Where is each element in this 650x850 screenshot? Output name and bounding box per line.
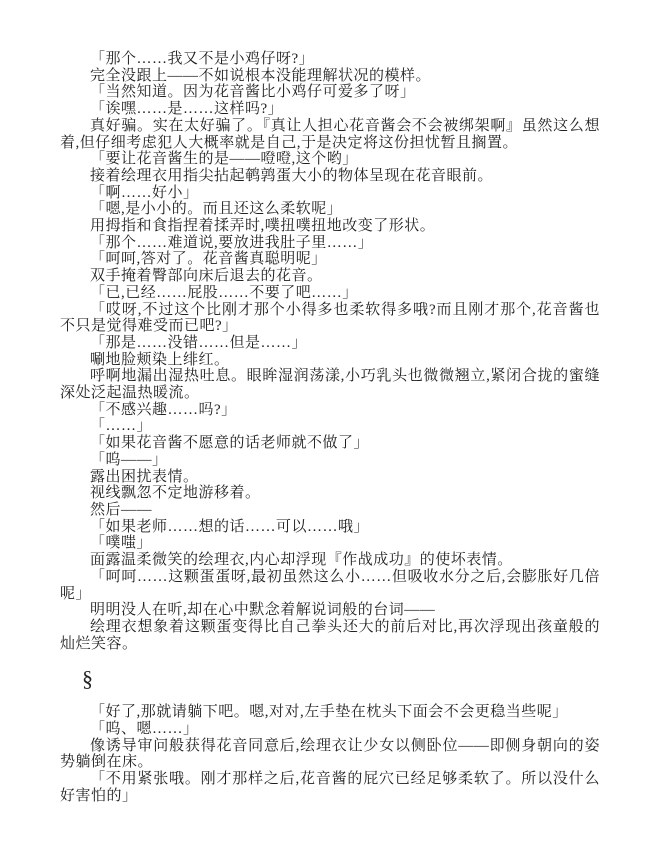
paragraph: 「噗嗤」 (60, 535, 600, 552)
paragraph: 「要让花音酱生的是——噔噔,这个哟」 (60, 151, 600, 168)
paragraph-list-1: 「那个……我又不是小鸡仔呀?」完全没跟上——不如说根本没能理解状况的模样。「当然… (60, 51, 600, 652)
paragraph: 「如果花音酱不愿意的话老师就不做了」 (60, 435, 600, 452)
paragraph: 「呵呵,答对了。花音酱真聪明呢」 (60, 251, 600, 268)
paragraph: 面露温柔微笑的绘理衣,内心却浮现『作战成功』的使坏表情。 (60, 552, 600, 569)
paragraph: 「那是……没错……但是……」 (60, 335, 600, 352)
paragraph: 真好骗。实在太好骗了。『真让人担心花音酱会不会被绑架啊』虽然这么想着,但仔细考虑… (60, 118, 600, 151)
paragraph: 然后—— (60, 502, 600, 519)
paragraph: 绘理衣想象着这颗蛋变得比自己拳头还大的前后对比,再次浮现出孩童般的灿烂笑容。 (60, 619, 600, 652)
paragraph: 「好了,那就请躺下吧。嗯,对对,左手垫在枕头下面会不会更稳当些呢」 (60, 704, 600, 721)
paragraph: 视线飘忽不定地游移着。 (60, 485, 600, 502)
paragraph: 「啊……好小」 (60, 185, 600, 202)
paragraph: 「如果老师……想的话……可以……哦」 (60, 519, 600, 536)
paragraph: 「不感兴趣……吗?」 (60, 402, 600, 419)
text-section-1: 「那个……我又不是小鸡仔呀?」完全没跟上——不如说根本没能理解状况的模样。「当然… (60, 51, 600, 652)
paragraph: 「那个……我又不是小鸡仔呀?」 (60, 51, 600, 68)
paragraph: 「那个……难道说,要放进我肚子里……」 (60, 235, 600, 252)
paragraph: 呼啊地漏出湿热吐息。眼眸湿润荡漾,小巧乳头也微微翘立,紧闭合拢的蜜缝深处泛起温热… (60, 368, 600, 401)
paragraph: 「诶嘿……是……这样吗?」 (60, 101, 600, 118)
paragraph: 双手掩着臀部向床后退去的花音。 (60, 268, 600, 285)
paragraph: 「已,已经……屁股……不要了吧……」 (60, 285, 600, 302)
paragraph: 完全没跟上——不如说根本没能理解状况的模样。 (60, 68, 600, 85)
paragraph-list-2: 「好了,那就请躺下吧。嗯,对对,左手垫在枕头下面会不会更稳当些呢」「呜、嗯……」… (60, 704, 600, 804)
paragraph: 「当然知道。因为花音酱比小鸡仔可爱多了呀」 (60, 84, 600, 101)
paragraph: 「……」 (60, 418, 600, 435)
paragraph: 「不用紧张哦。刚才那样之后,花音酱的屁穴已经足够柔软了。所以没什么好害怕的」 (60, 771, 600, 804)
paragraph: 用拇指和食指捏着揉弄时,噗扭噗扭地改变了形状。 (60, 218, 600, 235)
paragraph: 「哎呀,不过这个比刚才那个小得多也柔软得多哦?而且刚才那个,花音酱也不只是觉得难… (60, 302, 600, 335)
paragraph: 露出困扰表情。 (60, 469, 600, 486)
paragraph: 像诱导审问般获得花音同意后,绘理衣让少女以侧卧位——即侧身朝向的姿势躺倒在床。 (60, 738, 600, 771)
paragraph: 唰地脸颊染上绯红。 (60, 352, 600, 369)
section-break-symbol: § (60, 666, 600, 692)
paragraph: 「呜、嗯……」 (60, 721, 600, 738)
paragraph: 「呵呵……这颗蛋蛋呀,最初虽然这么小……但吸收水分之后,会膨胀好几倍呢」 (60, 569, 600, 602)
paragraph: 「嗯,是小小的。而且还这么柔软呢」 (60, 201, 600, 218)
paragraph: 明明没人在听,却在心中默念着解说词般的台词—— (60, 602, 600, 619)
paragraph: 「呜——」 (60, 452, 600, 469)
paragraph: 接着绘理衣用指尖拈起鹌鹑蛋大小的物体呈现在花音眼前。 (60, 168, 600, 185)
text-section-2: 「好了,那就请躺下吧。嗯,对对,左手垫在枕头下面会不会更稳当些呢」「呜、嗯……」… (60, 704, 600, 804)
document-page: 「那个……我又不是小鸡仔呀?」完全没跟上——不如说根本没能理解状况的模样。「当然… (0, 0, 650, 850)
